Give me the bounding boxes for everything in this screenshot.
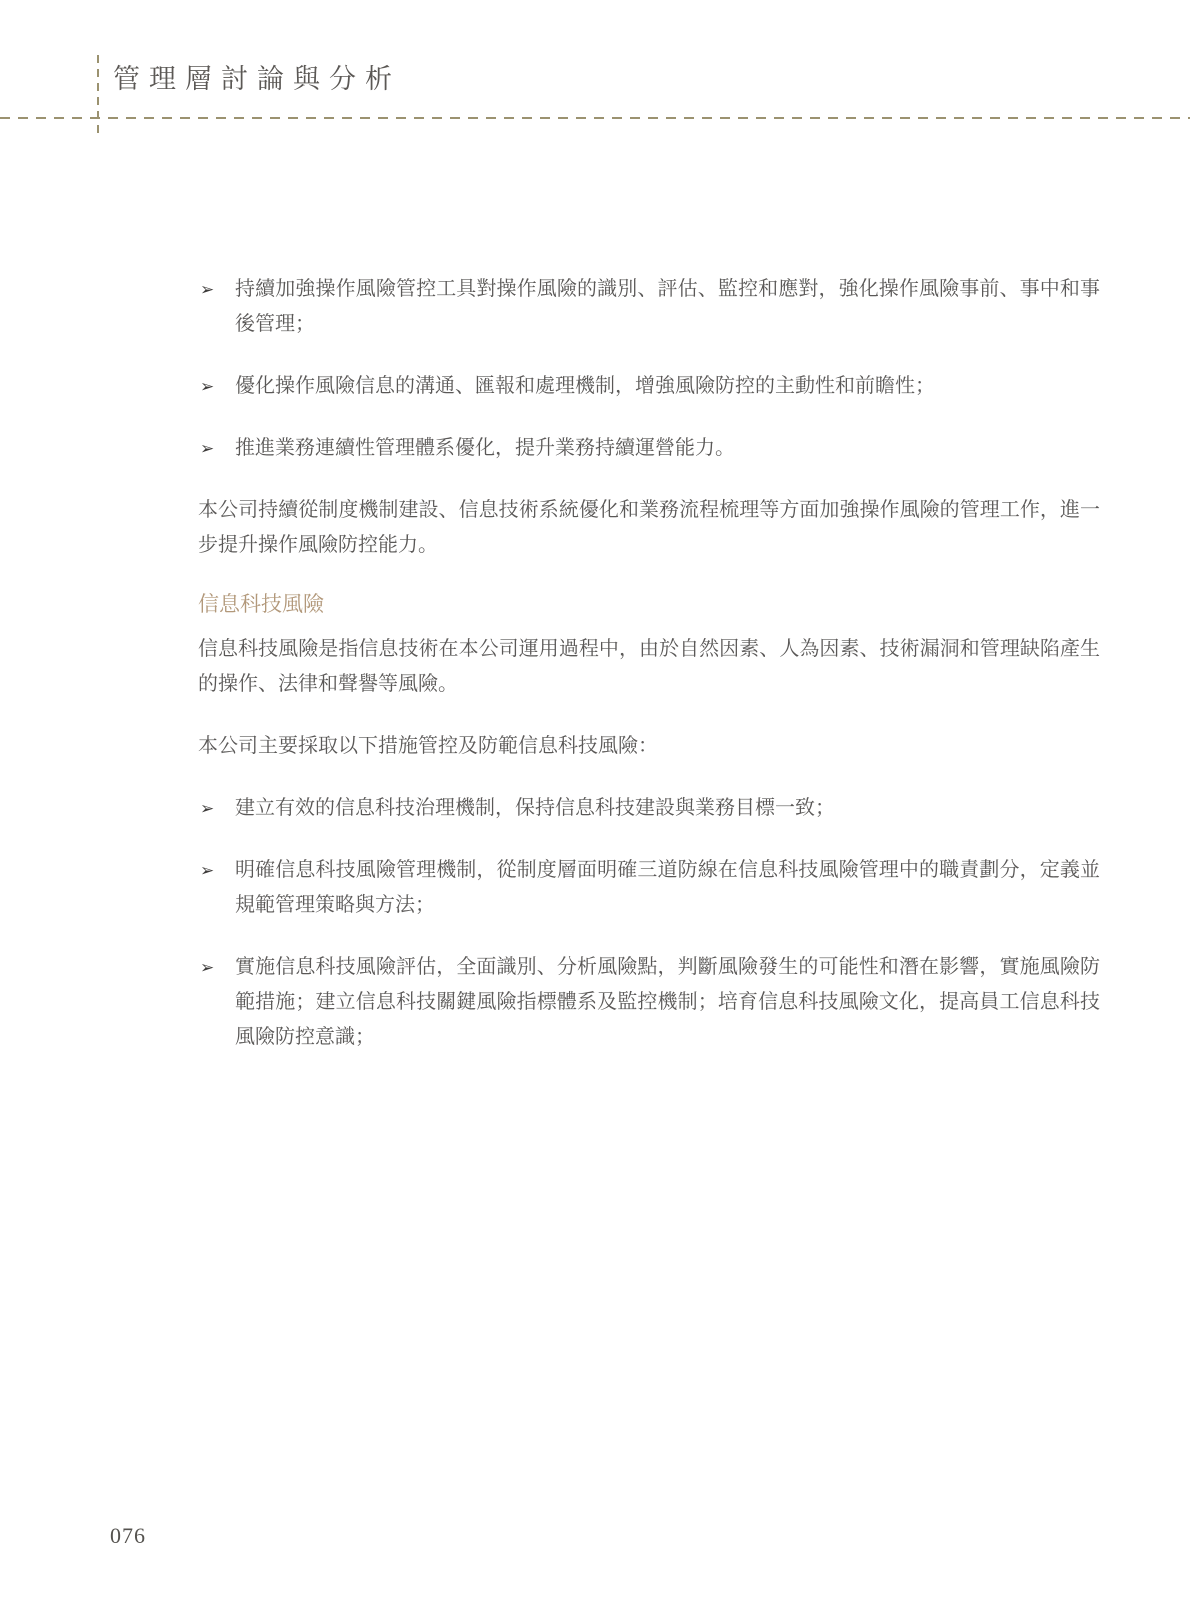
bullet-item: ➢ 推進業務連續性管理體系優化，提升業務持續運營能力。 <box>198 431 1100 466</box>
header-horizontal-dashed-rule <box>0 117 1190 119</box>
page-title: 管理層討論與分析 <box>113 57 401 96</box>
arrowhead-bullet-icon: ➢ <box>198 791 235 826</box>
bullet-item: ➢ 優化操作風險信息的溝通、匯報和處理機制，增強風險防控的主動性和前瞻性； <box>198 369 1100 404</box>
page-number: 076 <box>110 1523 146 1549</box>
section-heading-it-risk: 信息科技風險 <box>198 590 1100 620</box>
paragraph-it-risk-measures-intro: 本公司主要採取以下措施管控及防範信息科技風險： <box>198 729 1100 764</box>
arrowhead-bullet-icon: ➢ <box>198 369 235 404</box>
arrowhead-bullet-icon: ➢ <box>198 272 235 307</box>
bullet-text: 優化操作風險信息的溝通、匯報和處理機制，增強風險防控的主動性和前瞻性； <box>235 369 1100 404</box>
bullet-item: ➢ 實施信息科技風險評估，全面識別、分析風險點，判斷風險發生的可能性和潛在影響，… <box>198 950 1100 1055</box>
bullet-text: 實施信息科技風險評估，全面識別、分析風險點，判斷風險發生的可能性和潛在影響，實施… <box>235 950 1100 1055</box>
bullet-text: 建立有效的信息科技治理機制，保持信息科技建設與業務目標一致； <box>235 791 1100 826</box>
bullet-item: ➢ 持續加強操作風險管控工具對操作風險的識別、評估、監控和應對，強化操作風險事前… <box>198 272 1100 342</box>
arrowhead-bullet-icon: ➢ <box>198 950 235 985</box>
bullet-item: ➢ 建立有效的信息科技治理機制，保持信息科技建設與業務目標一致； <box>198 791 1100 826</box>
bullet-text: 推進業務連續性管理體系優化，提升業務持續運營能力。 <box>235 431 1100 466</box>
paragraph-operational-risk-summary: 本公司持續從制度機制建設、信息技術系統優化和業務流程梳理等方面加強操作風險的管理… <box>198 493 1100 563</box>
bullet-item: ➢ 明確信息科技風險管理機制，從制度層面明確三道防線在信息科技風險管理中的職責劃… <box>198 853 1100 923</box>
header-vertical-dashed-rule <box>97 55 99 137</box>
document-body: ➢ 持續加強操作風險管控工具對操作風險的識別、評估、監控和應對，強化操作風險事前… <box>198 272 1100 1082</box>
arrowhead-bullet-icon: ➢ <box>198 853 235 888</box>
paragraph-it-risk-definition: 信息科技風險是指信息技術在本公司運用過程中，由於自然因素、人為因素、技術漏洞和管… <box>198 632 1100 702</box>
arrowhead-bullet-icon: ➢ <box>198 431 235 466</box>
bullet-text: 明確信息科技風險管理機制，從制度層面明確三道防線在信息科技風險管理中的職責劃分，… <box>235 853 1100 923</box>
bullet-text: 持續加強操作風險管控工具對操作風險的識別、評估、監控和應對，強化操作風險事前、事… <box>235 272 1100 342</box>
